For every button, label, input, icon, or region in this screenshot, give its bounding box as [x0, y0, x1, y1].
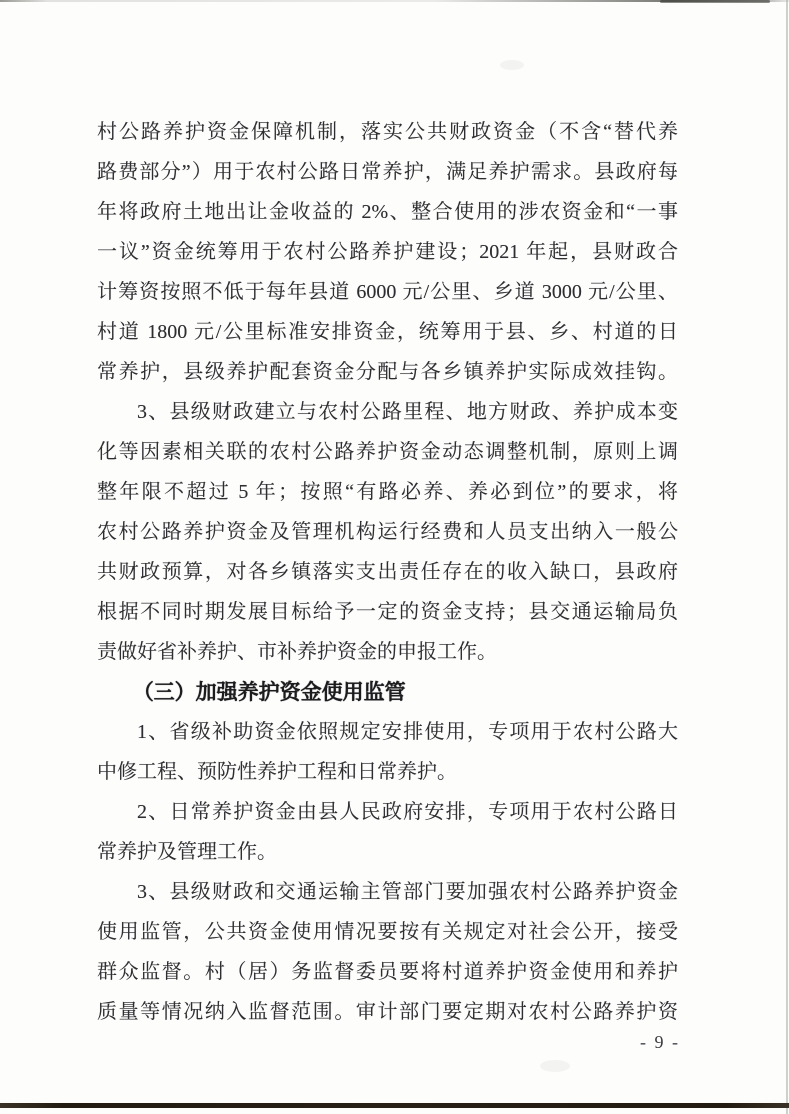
text-line: 村道 1800 元/公里标准安排资金，统筹用于县、乡、村道的日	[97, 312, 678, 352]
scanned-document-page: { "page": { "paper_color": "#fcfcfb", "i…	[0, 0, 789, 1114]
text-line: 2、日常养护资金由县人民政府安排，专项用于农村公路日	[97, 792, 678, 832]
text-line: 3、县级财政建立与农村公路里程、地方财政、养护成本变	[97, 392, 678, 432]
text-line: 根据不同时期发展目标给予一定的资金支持；县交通运输局负	[97, 592, 678, 632]
text-line: 常养护，县级养护配套资金分配与各乡镇养护实际成效挂钩。	[97, 352, 678, 392]
text-line: 路费部分”）用于农村公路日常养护，满足养护需求。县政府每	[97, 152, 678, 192]
text-line: 常养护及管理工作。	[97, 832, 678, 872]
text-line: 共财政预算，对各乡镇落实支出责任存在的收入缺口，县政府	[97, 552, 678, 592]
scan-smudge	[500, 60, 524, 70]
scan-artifact-right-edge	[786, 0, 788, 1114]
text-line: 计筹资按照不低于每年县道 6000 元/公里、乡道 3000 元/公里、	[97, 272, 678, 312]
page-number: - 9 -	[626, 1029, 694, 1055]
text-line: 整年限不超过 5 年；按照“有路必养、养必到位”的要求，将	[97, 472, 678, 512]
text-line: 群众监督。村（居）务监督委员要将村道养护资金使用和养护	[97, 952, 678, 992]
scan-smudge	[540, 1060, 570, 1072]
text-line: 年将政府土地出让金收益的 2%、整合使用的涉农资金和“一事	[97, 192, 678, 232]
section-heading: （三）加强养护资金使用监管	[97, 672, 678, 712]
text-line: 村公路养护资金保障机制，落实公共财政资金（不含“替代养	[97, 112, 678, 152]
document-lines: 村公路养护资金保障机制，落实公共财政资金（不含“替代养路费部分”）用于农村公路日…	[97, 112, 678, 1032]
text-line: 3、县级财政和交通运输主管部门要加强农村公路养护资金	[97, 872, 678, 912]
text-line: 中修工程、预防性养护工程和日常养护。	[97, 752, 678, 792]
text-line: 一议”资金统筹用于农村公路养护建设；2021 年起，县财政合	[97, 232, 678, 272]
text-line: 1、省级补助资金依照规定安排使用，专项用于农村公路大	[97, 712, 678, 752]
text-line: 化等因素相关联的农村公路养护资金动态调整机制，原则上调	[97, 432, 678, 472]
text-line: 农村公路养护资金及管理机构运行经费和人员支出纳入一般公	[97, 512, 678, 552]
scan-artifact-top-dash	[660, 0, 770, 3]
text-line: 使用监管，公共资金使用情况要按有关规定对社会公开，接受	[97, 912, 678, 952]
scan-artifact-bottom-edge	[0, 1103, 789, 1108]
text-line: 质量等情况纳入监督范围。审计部门要定期对农村公路养护资	[97, 992, 678, 1032]
text-line: 责做好省补养护、市补养护资金的申报工作。	[97, 632, 678, 672]
